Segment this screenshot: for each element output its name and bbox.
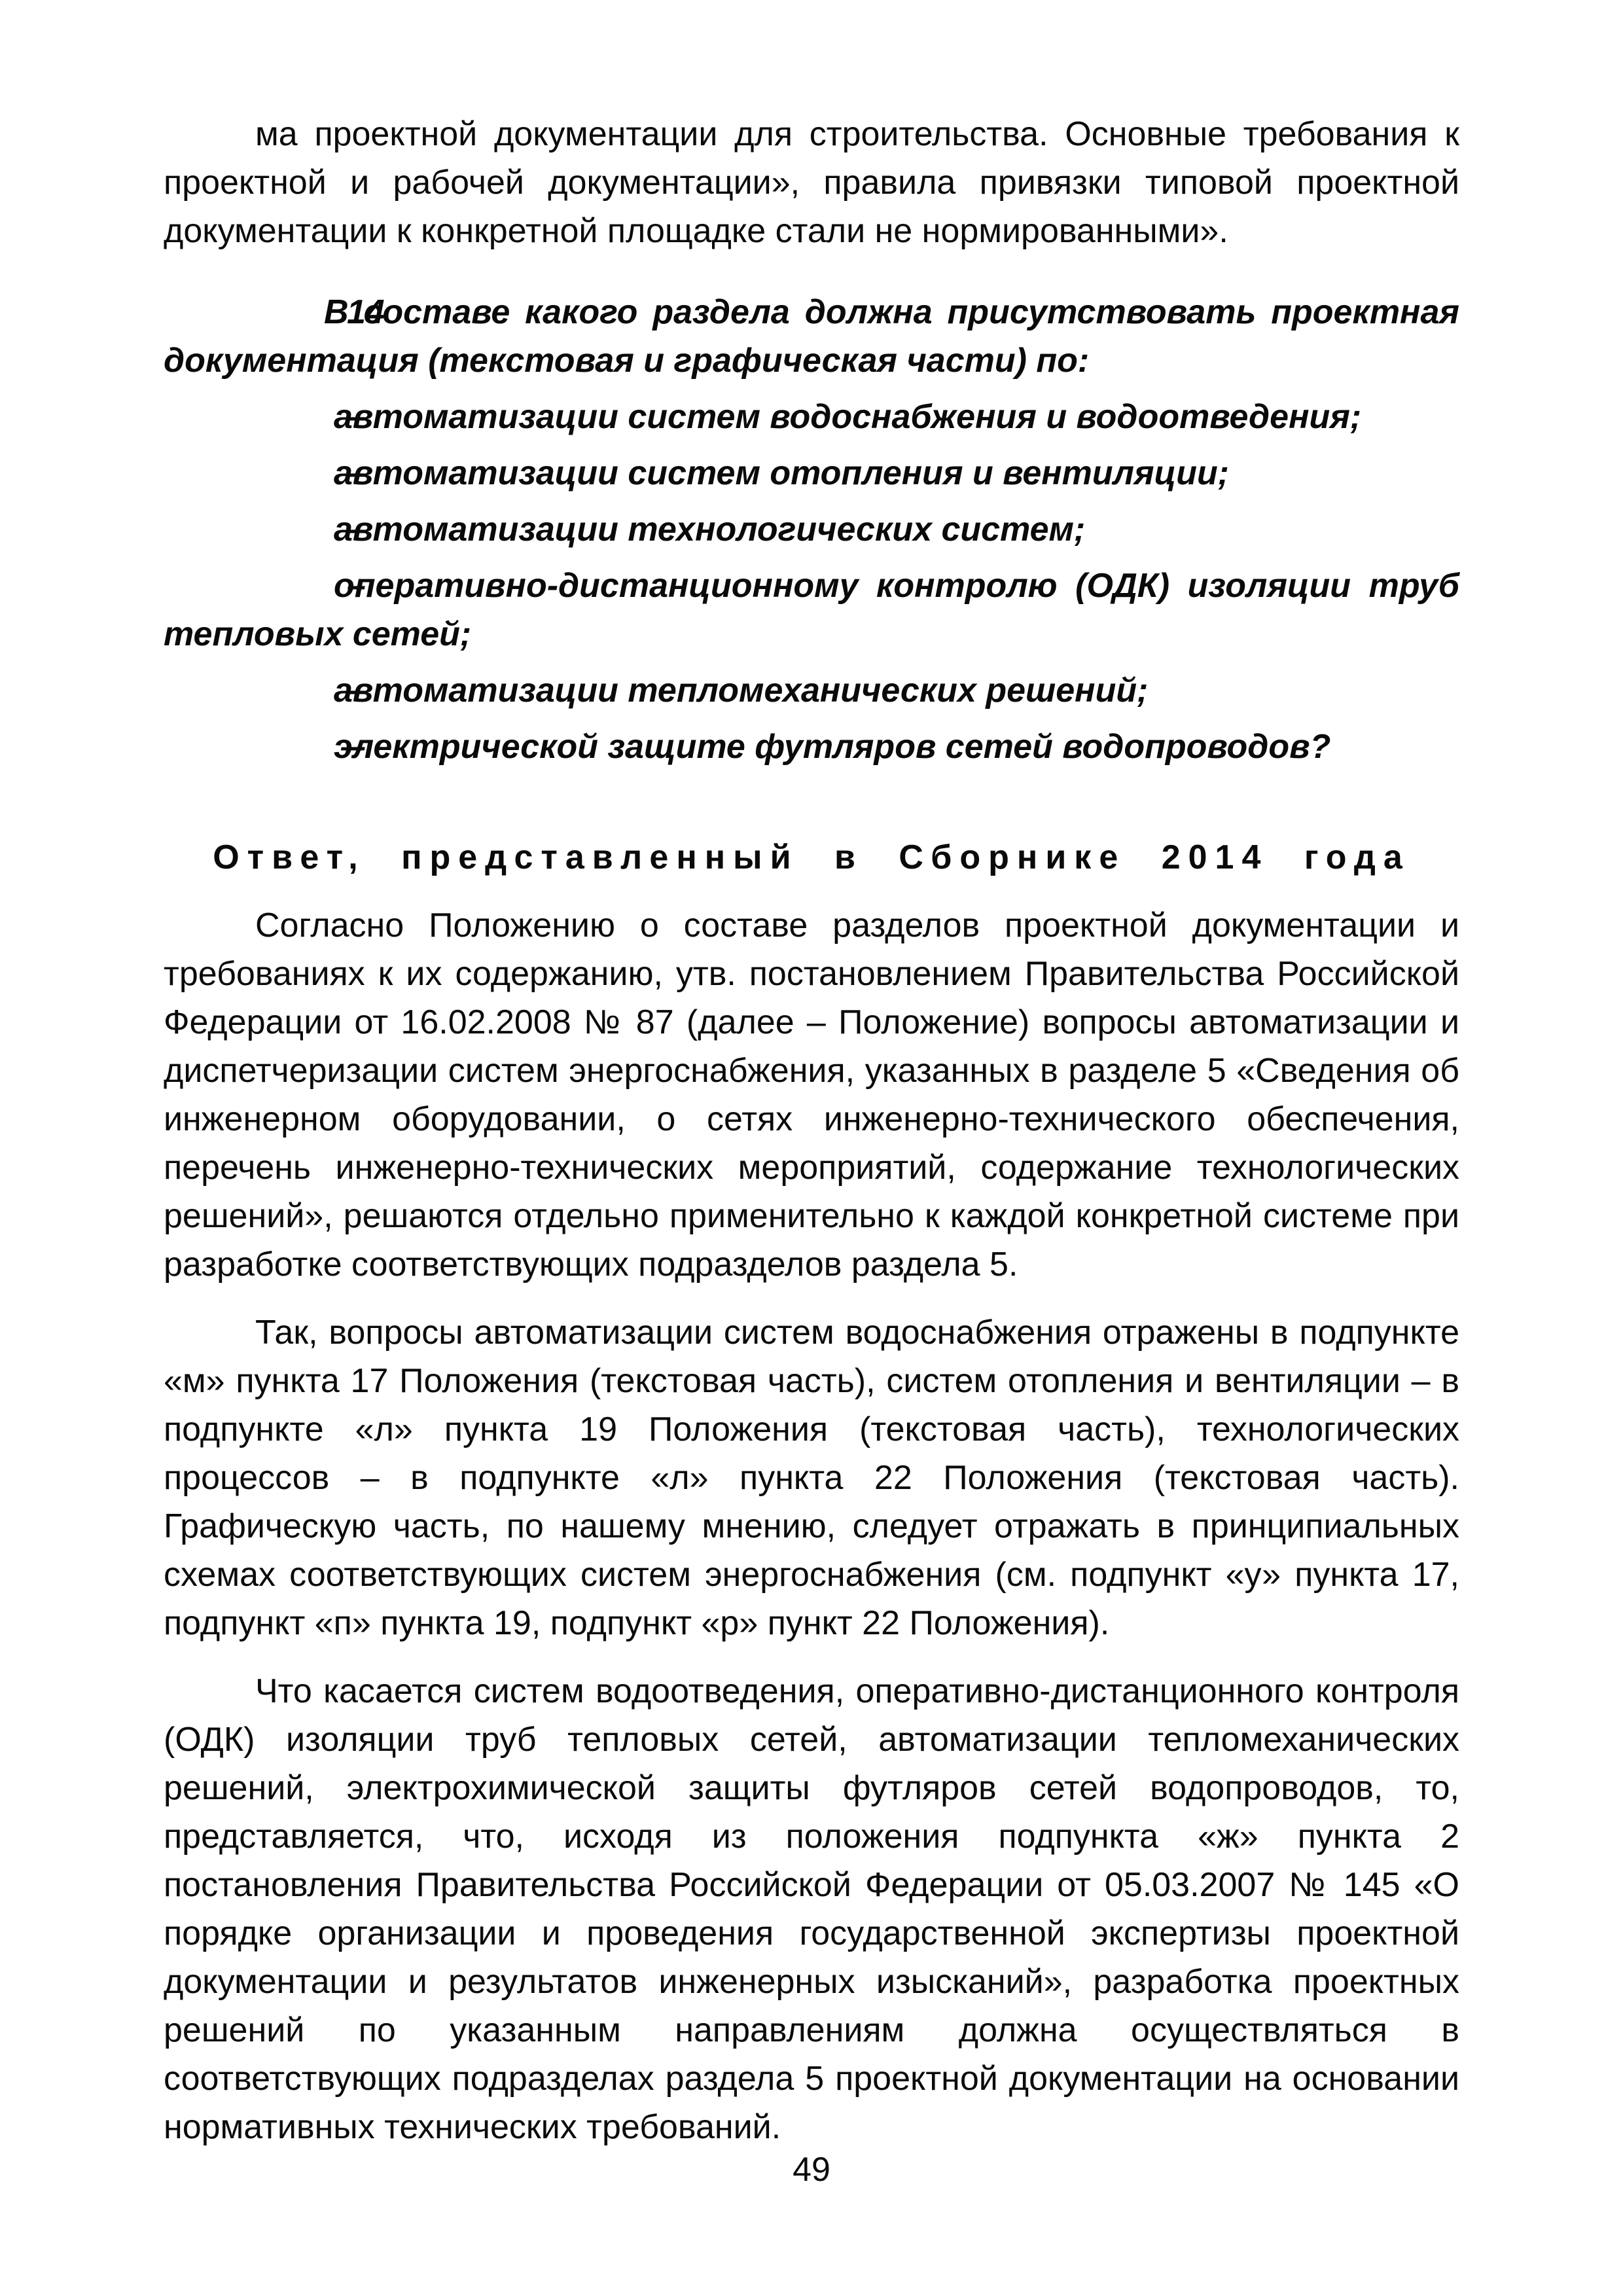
question-list-item: –оперативно-дистанционному контролю (ОДК… bbox=[164, 562, 1459, 658]
list-dash-marker: – bbox=[255, 393, 334, 441]
answer-paragraph: Так, вопросы автоматизации систем водосн… bbox=[164, 1308, 1459, 1647]
answer-section-heading: Ответ, представленный в Сборнике 2014 го… bbox=[164, 833, 1459, 882]
intro-paragraph: ма проектной документации для строительс… bbox=[164, 110, 1459, 255]
answer-paragraph: Что касается систем водоотведения, опера… bbox=[164, 1667, 1459, 2151]
question-list-item: –автоматизации тепломеханических решений… bbox=[164, 666, 1459, 715]
text-block: ма проектной документации для строительс… bbox=[164, 110, 1459, 2151]
list-dash-marker: – bbox=[255, 505, 334, 554]
question-number: 14 bbox=[255, 288, 324, 336]
question-list-item: –автоматизации систем отопления и вентил… bbox=[164, 449, 1459, 497]
question-list-item-text: автоматизации технологических систем; bbox=[334, 511, 1085, 548]
question-list-item-text: автоматизации систем отопления и вентиля… bbox=[334, 454, 1229, 492]
list-dash-marker: – bbox=[255, 723, 334, 771]
question-list-item-text: оперативно-дистанционному контролю (ОДК)… bbox=[164, 567, 1459, 653]
question-list-item: –автоматизации систем водоснабжения и во… bbox=[164, 393, 1459, 441]
question-list-item-text: автоматизации тепломеханических решений; bbox=[334, 672, 1148, 709]
list-dash-marker: – bbox=[255, 449, 334, 497]
question-list-item-text: автоматизации систем водоснабжения и вод… bbox=[334, 398, 1361, 436]
question-paragraph: 14В составе какого раздела должна присут… bbox=[164, 288, 1459, 385]
page-number: 49 bbox=[0, 2150, 1623, 2189]
document-page: ма проектной документации для строительс… bbox=[0, 0, 1623, 2296]
question-list-item: –электрической защите футляров сетей вод… bbox=[164, 723, 1459, 771]
answer-paragraph: Согласно Положению о составе разделов пр… bbox=[164, 901, 1459, 1289]
list-dash-marker: – bbox=[255, 666, 334, 715]
list-dash-marker: – bbox=[255, 562, 334, 610]
question-list-item: –автоматизации технологических систем; bbox=[164, 505, 1459, 554]
question-list-item-text: электрической защите футляров сетей водо… bbox=[334, 728, 1330, 766]
question-text: В составе какого раздела должна присутст… bbox=[164, 293, 1459, 380]
